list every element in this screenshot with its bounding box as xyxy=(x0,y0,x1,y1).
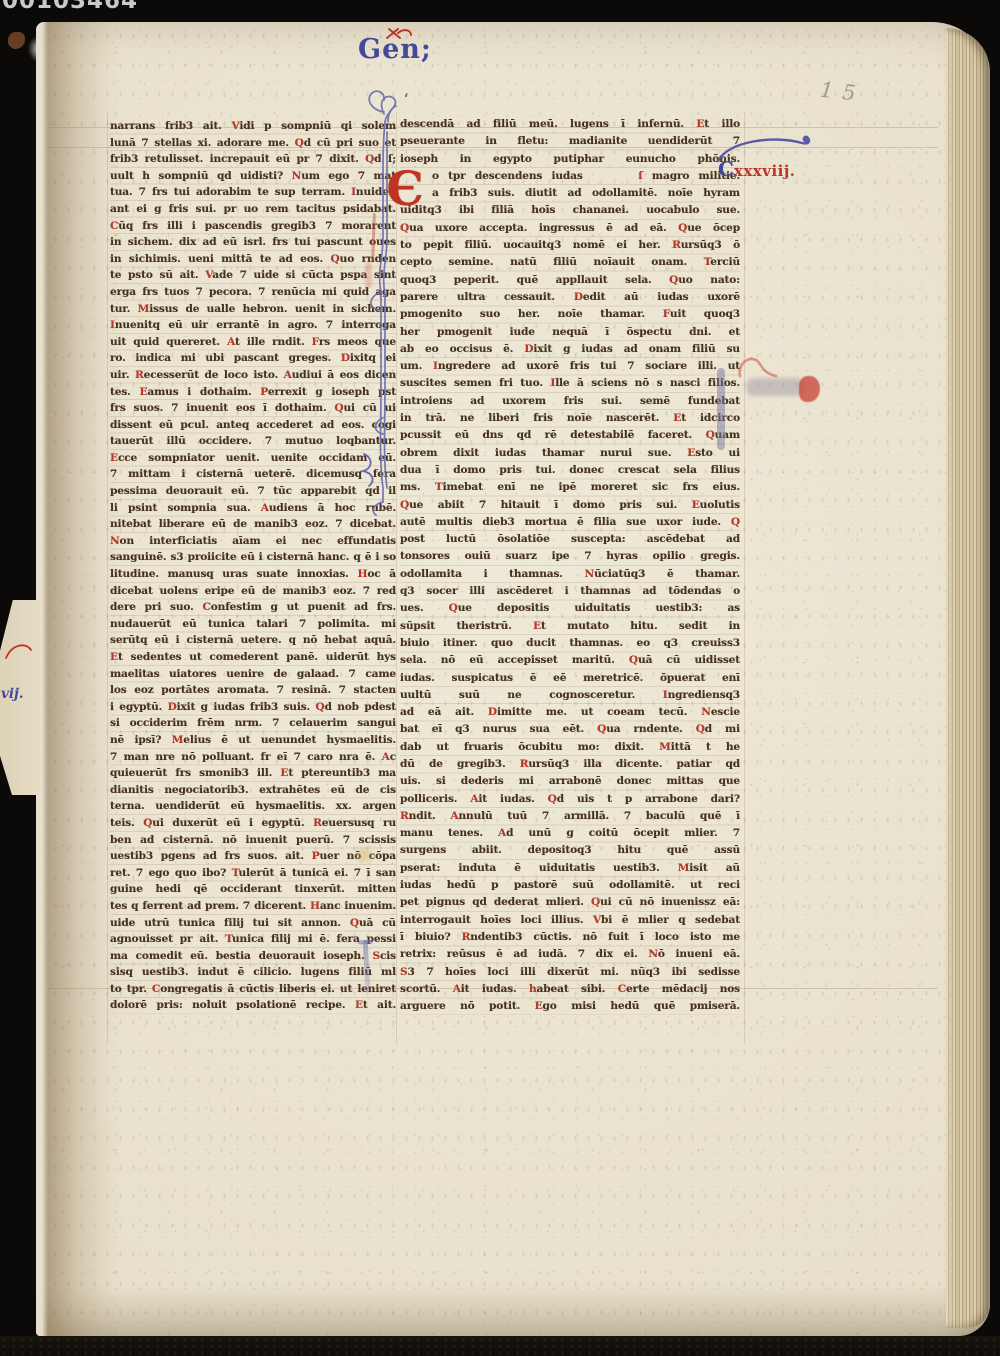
text-line: tonsores ouiū suarz ipe 7 hyras opilio g… xyxy=(400,548,740,565)
table-surface xyxy=(0,1336,1000,1356)
text-line: o tpr descendens iudas ſ magro militie. xyxy=(400,168,740,185)
header-red-flourish xyxy=(384,26,414,42)
margin-erased-note xyxy=(746,378,804,396)
text-line: ab eo occisus ē. Dixit g iudas ad onam f… xyxy=(400,341,740,358)
ruling-line xyxy=(744,112,745,1044)
text-line: dū de gregib3. Rursūq3 illa dicente. pat… xyxy=(400,756,740,773)
text-line: uiditq3 ibi filiā hoīs chananei. uocabul… xyxy=(400,202,740,219)
text-line: pmogenito suo her. noīe thamar. Fuit quo… xyxy=(400,306,740,323)
text-line: ad eā ait. Dimitte me. ut coeam tecū. Ne… xyxy=(400,704,740,721)
text-line: agnouisset pr ait. Tunica filij mi ē. fe… xyxy=(110,931,396,948)
text-line: nitebat liberare eū de manib3 eoz. 7 dic… xyxy=(110,516,396,533)
text-line: ben ad cisternā. nō inuenit puerū. 7 sci… xyxy=(110,832,396,849)
facing-page-edge: vij. xyxy=(0,600,40,795)
margin-purple-mark xyxy=(717,368,725,450)
text-line: biuio itiner. quo ducit thamnas. eo q3 c… xyxy=(400,635,740,652)
text-line: S3 7 hoīes loci illi dixerūt mi. nūq3 ib… xyxy=(400,964,740,981)
text-line: tes q ferrent ad prem. 7 dicerent. Hanc … xyxy=(110,898,396,915)
text-line: scortū. Ait iudas. habeat sibi. Certe mē… xyxy=(400,981,740,998)
text-line: pcussit eū dns qd rē detestabilē faceret… xyxy=(400,427,740,444)
text-line: nudauerūt eū tunica talari 7 polimita. m… xyxy=(110,616,396,633)
text-line: litudine. manusq uras suate innoxias. Ho… xyxy=(110,566,396,583)
catalog-number: 00103464 xyxy=(0,0,180,13)
binding-leather-corner xyxy=(8,32,25,49)
text-line: ues. Que depositis uiduitatis uestib3: a… xyxy=(400,600,740,617)
text-line: ma comedit eū. bestia deuorauit ioseph. … xyxy=(110,948,396,965)
text-line: manu tenes. Ad unū g coitū ōcepit mlier.… xyxy=(400,825,740,842)
text-line: descendā ad filiū meū. lugens ī infernū.… xyxy=(400,116,740,133)
chapter-number: Cxxxviij. xyxy=(718,157,796,181)
text-line: pserat: induta ē uiduitatis uestib3. Mis… xyxy=(400,860,740,877)
text-line: i egyptū. Dixit g iudas frib3 suis. Qd n… xyxy=(110,699,396,716)
text-line: cepto semine. natū filiū noīauit onam. T… xyxy=(400,254,740,271)
chapter-flourish xyxy=(714,133,824,163)
text-line: Et sedentes ut comederent panē. uiderūt … xyxy=(110,649,396,666)
text-line: quoq3 peperit. quē appllauit sela. Quo n… xyxy=(400,272,740,289)
text-line: sisq uestib3. indut ē cilicio. lugens fi… xyxy=(110,964,396,981)
pen-flourish xyxy=(350,88,406,518)
text-line: pseuerante in fletu: madianite uendiderū… xyxy=(400,133,740,150)
margin-red-curl xyxy=(736,352,780,380)
text-line: dianitis negociatorib3. extrahētes eū de… xyxy=(110,782,396,799)
text-line: odollamita i thamnas. Nūciatūq3 ē thamar… xyxy=(400,566,740,583)
text-line: si occiderim frēm nrm. 7 celauerim sangu… xyxy=(110,715,396,732)
text-line: Que abiit 7 hitauit ī domo pris sui. Euo… xyxy=(400,497,740,514)
running-header: Gen; ʻ xyxy=(358,34,432,65)
text-line: arguere nō potit. Ego misi hedū quē pmis… xyxy=(400,998,740,1015)
text-line: ioseph in egypto putiphar eunucho phōnis… xyxy=(400,151,740,168)
folio-number: 15 xyxy=(819,78,866,107)
header-letter: ; xyxy=(421,34,432,65)
text-line: surgens abiit. depositoq3 hitu quē assū xyxy=(400,842,740,859)
text-line: dere pri suo. Confestim g ut puenit ad f… xyxy=(110,599,396,616)
text-line: 7 man nre nō polluant. fr eī 7 caro nra … xyxy=(110,749,396,766)
text-column-right: Є descendā ad filiū meū. lugens ī infern… xyxy=(400,116,740,1015)
text-line: ī biuio? Rndentib3 cūctis. nō fuit ī loc… xyxy=(400,929,740,946)
text-line: uide utrū tunica filij tui sit annon. Qu… xyxy=(110,915,396,932)
text-line: uis. si dederis mi arrabonē donec mittas… xyxy=(400,773,740,790)
text-line: los eoz portātes aromata. 7 resinā. 7 st… xyxy=(110,682,396,699)
text-line: to tpr. Congregatis ā cūctis liberis ei.… xyxy=(110,981,396,998)
facing-chapter-fragment: vij. xyxy=(1,686,24,702)
text-line: dolorē pris: noluit psolationē recipe. E… xyxy=(110,997,396,1014)
header-letter: G xyxy=(358,34,382,65)
text-line: Qua uxore accepta. ingressus ē ad eā. Qu… xyxy=(400,220,740,237)
stain xyxy=(356,848,372,862)
text-line: interrogauit hoīes loci illius. Vbi ē ml… xyxy=(400,912,740,929)
text-line: uestib3 pgens ad frs suos. ait. Puer nō … xyxy=(110,848,396,865)
text-line: parere ultra cessauit. Dedit aū iudas ux… xyxy=(400,289,740,306)
text-line: Rndit. Annulū tuū 7 armillā. 7 baculū qu… xyxy=(400,808,740,825)
text-line: to pepit filiū. uocauitq3 nomē ei her. R… xyxy=(400,237,740,254)
text-line: sela. nō eū accepisset maritū. Quā cū ui… xyxy=(400,652,740,669)
margin-red-blot xyxy=(799,376,820,402)
text-line: dicebat uolens eripe eū de manib3 eoz. 7… xyxy=(110,583,396,600)
text-line: nē ipsī? Melius ē ut uenundet hysmaeliti… xyxy=(110,732,396,749)
text-line: sūpsit theristrū. Et mutato hitu. sedit … xyxy=(400,618,740,635)
text-line: ret. 7 ego quo ibo? Tulerūt ā tunicā ei.… xyxy=(110,865,396,882)
text-line: terna. uendiderūt eū hysmaelitis. xx. ar… xyxy=(110,798,396,815)
text-line: guine hedi qē occiderant tinxerūt. mitte… xyxy=(110,881,396,898)
text-line: in trā. ne liberi fris noīe nascerēt. Et… xyxy=(400,410,740,427)
text-line: a frib3 suis. diutit ad odollamitē. noīe… xyxy=(400,185,740,202)
text-line: iudas. suspicatus ē eē meretricē. ōpuera… xyxy=(400,670,740,687)
page-fore-edge xyxy=(946,28,990,1328)
text-line: retrix: reūsus ē ad iudā. 7 dix ei. Nō i… xyxy=(400,946,740,963)
text-line: pet pignus qd dederat mlieri. Qui cū nō … xyxy=(400,894,740,911)
text-line: Non interficiatis aīam ei nec effundatis xyxy=(110,533,396,550)
facing-red-flourish xyxy=(4,640,34,662)
text-line: q3 socer illi ascēderet i thamnas ad tōd… xyxy=(400,583,740,600)
text-line: maelitas uiatores uenire de galaad. 7 ca… xyxy=(110,666,396,683)
text-line: uultū suū ne cognosceretur. Ingrediensq3 xyxy=(400,687,740,704)
header-dot: ʻ xyxy=(404,92,410,107)
text-line: post luctū ōsolatiōe suscepta: ascēdebat… xyxy=(400,531,740,548)
text-line: ms. Timebat enī ne ipē moreret sic frs e… xyxy=(400,479,740,496)
ruling-line xyxy=(107,112,108,1044)
text-line: polliceris. Ait iudas. Qd uis t p arrabo… xyxy=(400,791,740,808)
text-line: introiens ad uxorem fris sui. semē funde… xyxy=(400,393,740,410)
text-line: sanguinē. s3 proiicite eū i cisternā han… xyxy=(110,549,396,566)
text-line: suscites semen fri tuo. Ille ā sciens nō… xyxy=(400,375,740,392)
text-line: her pmogenit iude nequā ī ōspectu dni. e… xyxy=(400,324,740,341)
text-line: bat eī q3 nurus sua eēt. Qua rndente. Qd… xyxy=(400,721,740,738)
text-line: um. Ingredere ad uxorē fris tui 7 sociar… xyxy=(400,358,740,375)
text-line: obrem dixit iudas thamar nurui sue. Esto… xyxy=(400,445,740,462)
text-line: dab ut fruaris ōcubitu mo: dixit. Mittā … xyxy=(400,739,740,756)
text-line: teis. Qui duxerūt eū i egyptū. Reuersusq… xyxy=(110,815,396,832)
manuscript-page: Gen; ʻ 15 narrans frib3 ait. Vidi p somp… xyxy=(36,22,990,1336)
text-line: dua ī domo pris tui. donec crescat sela … xyxy=(400,462,740,479)
text-line: serūtq eū i cisternā uetere. q nō hebat … xyxy=(110,632,396,649)
text-line: quieuerūt frs smonib3 ill. Et ptereuntib… xyxy=(110,765,396,782)
text-line: iudas hedū p pastorē suū odollamitē. ut … xyxy=(400,877,740,894)
text-line: autē multis dieb3 mortua ē filia sue uxo… xyxy=(400,514,740,531)
